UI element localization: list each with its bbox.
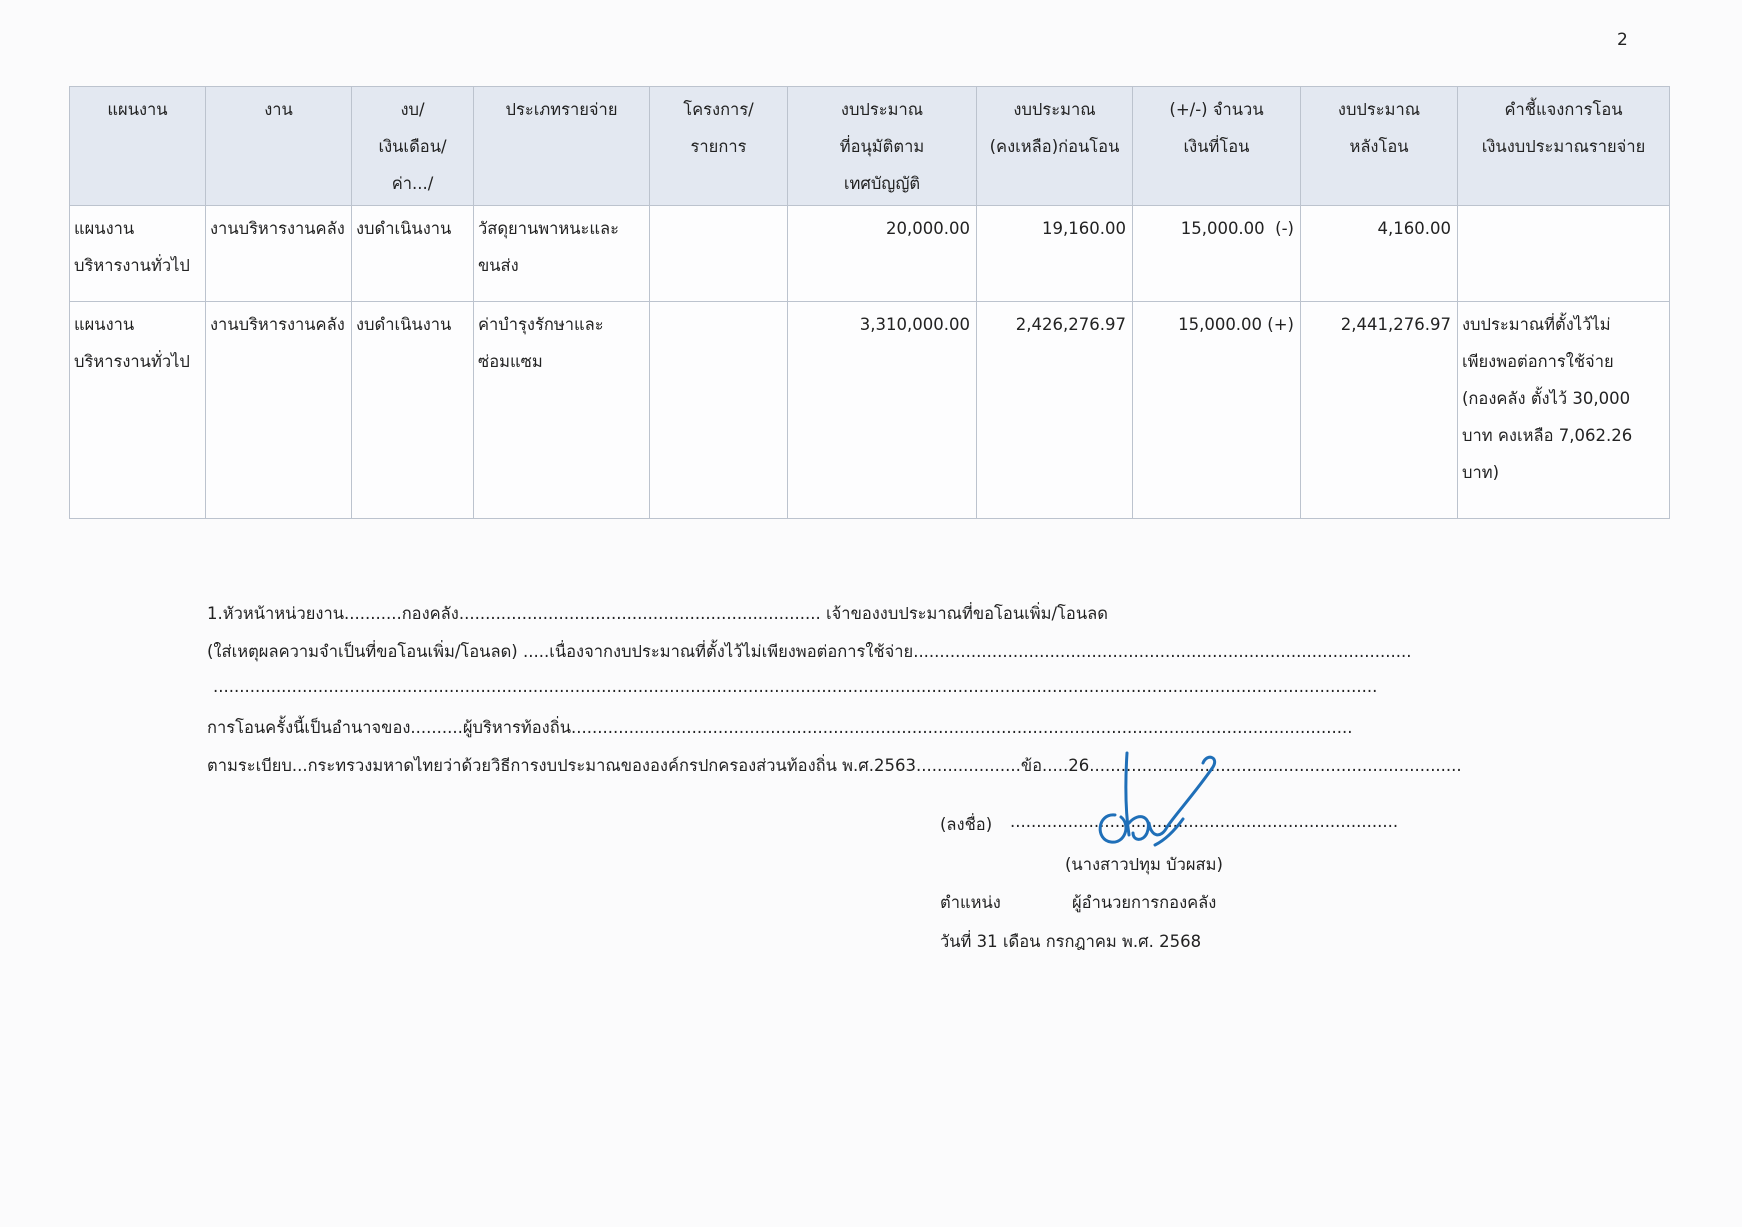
cell-project [650,206,788,302]
cell-after: 2,441,276.97 [1301,302,1458,519]
cell-budget-type: งบดำเนินงาน [352,302,474,519]
form-line-unit-head: 1.หัวหน้าหน่วยงาน...........กองคลัง.....… [207,601,1108,627]
cell-work: งานบริหารงานคลัง [206,206,352,302]
sign-date: วันที่ 31 เดือน กรกฎาคม พ.ศ. 2568 [940,929,1201,955]
cell-explanation [1458,206,1670,302]
handwritten-signature-icon [1095,745,1230,865]
cell-after: 4,160.00 [1301,206,1458,302]
form-line-regulation: ตามระเบียบ...กระทรวงมหาดไทยว่าด้วยวิธีกา… [207,753,1462,779]
signer-position: ผู้อำนวยการกองคลัง [1072,890,1216,916]
cell-budget-type: งบดำเนินงาน [352,206,474,302]
cell-explanation: งบประมาณที่ตั้งไว้ไม่เพียงพอต่อการใช้จ่า… [1458,302,1670,519]
cell-transfer: 15,000.00 (+) [1133,302,1301,519]
cell-plan: แผนงานบริหารงานทั่วไป [70,206,206,302]
cell-before: 19,160.00 [977,206,1133,302]
header-budget-before-transfer: งบประมาณ(คงเหลือ)ก่อนโอน [977,87,1133,206]
budget-transfer-table: แผนงานงานงบ/เงินเดือน/ค่า.../ประเภทรายจ่… [69,86,1670,519]
cell-expense-type: วัสดุยานพาหนะและขนส่ง [474,206,650,302]
cell-expense-type: ค่าบำรุงรักษาและซ่อมแซม [474,302,650,519]
cell-plan: แผนงานบริหารงานทั่วไป [70,302,206,519]
position-label: ตำแหน่ง [940,890,1001,916]
cell-approved: 3,310,000.00 [788,302,977,519]
form-line-reason: (ใส่เหตุผลความจำเป็นที่ขอโอนเพิ่ม/โอนลด)… [207,639,1411,665]
table-row: แผนงานบริหารงานทั่วไปงานบริหารงานคลังงบด… [70,206,1670,302]
cell-transfer: 15,000.00 (-) [1133,206,1301,302]
table-header-row: แผนงานงานงบ/เงินเดือน/ค่า.../ประเภทรายจ่… [70,87,1670,206]
header-plan: แผนงาน [70,87,206,206]
header-work: งาน [206,87,352,206]
form-line-reason-continued: ........................................… [213,677,1377,696]
header-explanation: คำชี้แจงการโอนเงินงบประมาณรายจ่าย [1458,87,1670,206]
table-row: แผนงานบริหารงานทั่วไปงานบริหารงานคลังงบด… [70,302,1670,519]
cell-project [650,302,788,519]
header-budget-after-transfer: งบประมาณหลังโอน [1301,87,1458,206]
cell-work: งานบริหารงานคลัง [206,302,352,519]
cell-approved: 20,000.00 [788,206,977,302]
header-transfer-amount: (+/-) จำนวนเงินที่โอน [1133,87,1301,206]
form-line-authority: การโอนครั้งนี้เป็นอำนาจของ..........ผู้บ… [207,715,1353,741]
header-project: โครงการ/รายการ [650,87,788,206]
header-budget-type: งบ/เงินเดือน/ค่า.../ [352,87,474,206]
header-approved-budget: งบประมาณที่อนุมัติตามเทศบัญญัติ [788,87,977,206]
header-expense-type: ประเภทรายจ่าย [474,87,650,206]
cell-before: 2,426,276.97 [977,302,1133,519]
page-number: 2 [1617,30,1628,50]
sign-label: (ลงชื่อ) [940,812,992,838]
